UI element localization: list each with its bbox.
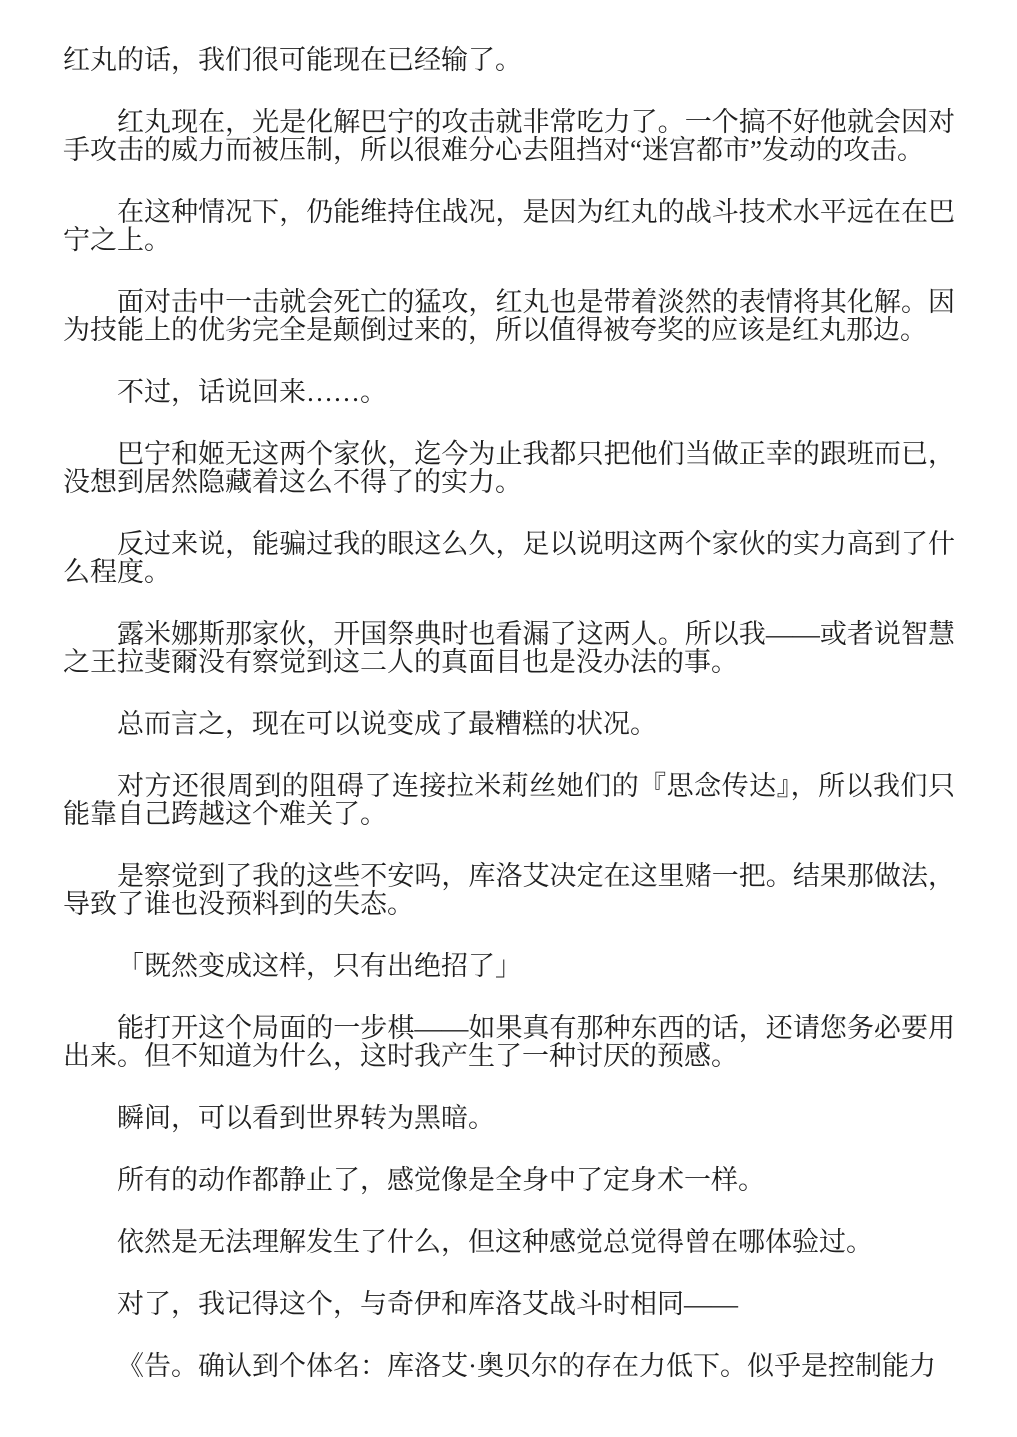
paragraph: 在这种情况下，仍能维持住战况，是因为红丸的战斗技术水平远在在巴宁之上。 xyxy=(63,198,955,254)
paragraph: 红丸的话，我们很可能现在已经输了。 xyxy=(63,46,955,74)
paragraph: 巴宁和姬无这两个家伙，迄今为止我都只把他们当做正幸的跟班而已，没想到居然隐藏着这… xyxy=(63,440,955,496)
paragraph: 《告。确认到个体名：库洛艾·奥贝尔的存在力低下。似乎是控制能力 xyxy=(63,1352,955,1380)
paragraph: 对方还很周到的阻碍了连接拉米莉丝她们的『思念传达』，所以我们只能靠自己跨越这个难… xyxy=(63,772,955,828)
paragraph: 面对击中一击就会死亡的猛攻，红丸也是带着淡然的表情将其化解。因为技能上的优劣完全… xyxy=(63,288,955,344)
paragraph: 依然是无法理解发生了什么，但这种感觉总觉得曾在哪体验过。 xyxy=(63,1228,955,1256)
paragraph: 露米娜斯那家伙，开国祭典时也看漏了这两人。所以我——或者说智慧之王拉斐爾没有察觉… xyxy=(63,620,955,676)
paragraph: 不过，话说回来……。 xyxy=(63,378,955,406)
paragraph: 红丸现在，光是化解巴宁的攻击就非常吃力了。一个搞不好他就会因对手攻击的威力而被压… xyxy=(63,108,955,164)
paragraph: 瞬间，可以看到世界转为黑暗。 xyxy=(63,1104,955,1132)
page-content: 红丸的话，我们很可能现在已经输了。红丸现在，光是化解巴宁的攻击就非常吃力了。一个… xyxy=(63,46,955,1380)
paragraph: 是察觉到了我的这些不安吗，库洛艾决定在这里赌一把。结果那做法，导致了谁也没预料到… xyxy=(63,862,955,918)
paragraph: 对了，我记得这个，与奇伊和库洛艾战斗时相同—— xyxy=(63,1290,955,1318)
paragraph: 总而言之，现在可以说变成了最糟糕的状况。 xyxy=(63,710,955,738)
paragraph: 反过来说，能骗过我的眼这么久，足以说明这两个家伙的实力高到了什么程度。 xyxy=(63,530,955,586)
paragraph: 所有的动作都静止了，感觉像是全身中了定身术一样。 xyxy=(63,1166,955,1194)
paragraph: 能打开这个局面的一步棋——如果真有那种东西的话，还请您务必要用出来。但不知道为什… xyxy=(63,1014,955,1070)
paragraph: 「既然变成这样，只有出绝招了」 xyxy=(63,952,955,980)
novel-page: 红丸的话，我们很可能现在已经输了。红丸现在，光是化解巴宁的攻击就非常吃力了。一个… xyxy=(0,0,1017,1437)
